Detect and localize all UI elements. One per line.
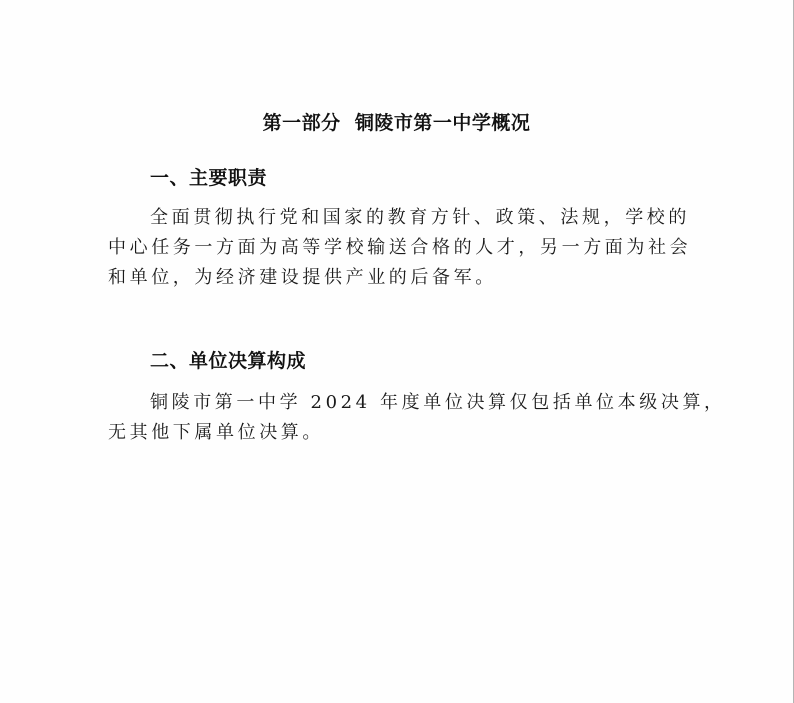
- paragraph-line: 和单位，为经济建设提供产业的后备军。: [108, 263, 698, 293]
- section-heading-budget-composition: 二、单位决算构成: [150, 348, 306, 374]
- part-title: 第一部分 铜陵市第一中学概况: [0, 110, 793, 136]
- paragraph-line: 无其他下属单位决算。: [108, 418, 698, 448]
- document-page: 第一部分 铜陵市第一中学概况 一、主要职责 全面贯彻执行党和国家的教育方针、政策…: [0, 0, 794, 703]
- paragraph-line: 铜陵市第一中学 2024 年度单位决算仅包括单位本级决算，: [108, 388, 698, 418]
- paragraph-line: 中心任务一方面为高等学校输送合格的人才，另一方面为社会: [108, 233, 698, 263]
- paragraph-budget-composition: 铜陵市第一中学 2024 年度单位决算仅包括单位本级决算， 无其他下属单位决算。: [108, 388, 698, 448]
- section-heading-main-duties: 一、主要职责: [150, 165, 267, 191]
- paragraph-main-duties: 全面贯彻执行党和国家的教育方针、政策、法规，学校的 中心任务一方面为高等学校输送…: [108, 203, 698, 293]
- paragraph-line: 全面贯彻执行党和国家的教育方针、政策、法规，学校的: [108, 203, 698, 233]
